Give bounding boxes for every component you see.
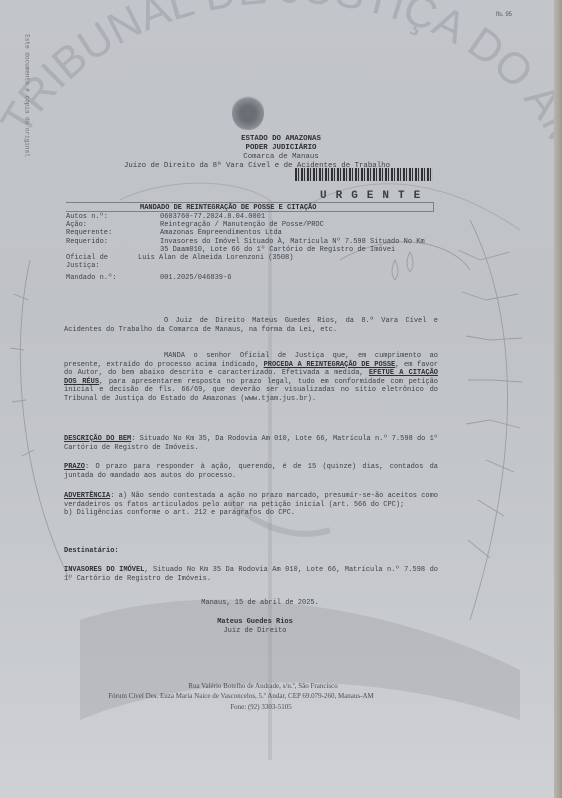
footer-forum: Fórum Cível Des. Euza Maria Naice de Vas… [0, 691, 522, 701]
meta-label: Autos n.º: [66, 213, 160, 221]
meta-label: Requerido: [66, 238, 160, 254]
meta-label: Oficial de Justiça: [66, 254, 138, 270]
warning-label: ADVERTÊNCIA [64, 492, 110, 500]
case-metadata: Autos n.º:0603760-77.2024.8.04.0001 Ação… [66, 213, 436, 283]
signature-role: Juiz de Direito [140, 627, 370, 636]
meta-row: Mandado n.º:001.2025/046839-6 [66, 274, 436, 282]
meta-label: Requerente: [66, 229, 160, 237]
meta-row: Requerido:Invasores do Imóvel Situado À,… [66, 238, 436, 254]
meta-value: Amazonas Empreendimentos Ltda [160, 229, 436, 237]
order-reintegration: PROCEDA A REINTEGRAÇÃO DE POSSE [264, 361, 396, 369]
document-title: MANDADO DE REINTEGRAÇÃO DE POSSE E CITAÇ… [66, 202, 434, 212]
header-court: Juízo de Direito da 8ª Vara Cível e de A… [0, 161, 538, 171]
meta-value: 001.2025/046839-6 [160, 274, 436, 282]
document-page: TRIBUNAL DE JUSTIÇA DO AMAZONAS Este doc… [0, 0, 562, 798]
recipient-label: Destinatário: [64, 547, 438, 556]
deadline-label: PRAZO [64, 463, 85, 471]
intro-paragraph: O Juiz de Direito Mateus Guedes Rios, da… [64, 317, 438, 334]
meta-row: Oficial de Justiça:Luis Alan de Almeida … [66, 254, 436, 270]
meta-row: Autos n.º:0603760-77.2024.8.04.0001 [66, 213, 436, 221]
meta-row: Requerente:Amazonas Empreendimentos Ltda [66, 229, 436, 237]
footer-address: Rua Valério Botelho de Andrade, s/n.º, S… [0, 681, 544, 691]
folio-number: fls. 95 [496, 12, 512, 18]
order-paragraph: MANDA o senhor Oficial de Justiça que, e… [64, 352, 438, 404]
footer-phone: Fone: (92) 3303-5105 [0, 702, 542, 712]
urgent-label: URGENTE [320, 190, 429, 202]
deadline-text: : O prazo para responder à ação, querend… [64, 463, 438, 480]
order-text: , para apresentarem resposta no prazo le… [64, 378, 438, 403]
meta-value: Invasores do Imóvel Situado À, Matrícula… [160, 238, 436, 254]
warning-text-b: b) Diligências conforme o art. 212 e par… [64, 509, 295, 517]
warning-text-a: : a) Não sendo contestada a ação no praz… [64, 492, 438, 509]
recipient-paragraph: INVASORES DO IMÓVEL, Situado No Km 35 Da… [64, 566, 438, 583]
place-date: Manaus, 15 de abril de 2025. [140, 599, 380, 608]
meta-label: Ação: [66, 221, 160, 229]
barcode [295, 168, 433, 181]
warning-paragraph: ADVERTÊNCIA: a) Não sendo contestada a a… [64, 492, 438, 518]
description-paragraph: DESCRIÇÃO DO BEM: Situado No Km 35, Da R… [64, 435, 438, 452]
meta-value: 0603760-77.2024.8.04.0001 [160, 213, 436, 221]
meta-value: Reintegração / Manutenção de Posse/PROC [160, 221, 436, 229]
recipient-name: INVASORES DO IMÓVEL [64, 566, 144, 574]
deadline-paragraph: PRAZO: O prazo para responder à ação, qu… [64, 463, 438, 480]
meta-row: Ação:Reintegração / Manutenção de Posse/… [66, 221, 436, 229]
description-label: DESCRIÇÃO DO BEM [64, 435, 131, 443]
meta-label: Mandado n.º: [66, 274, 160, 282]
signature-name: Mateus Guedes Rios [140, 618, 370, 627]
meta-value: Luis Alan de Almeida Lorenzoni (3508) [138, 254, 436, 270]
page-edge [554, 0, 562, 798]
coat-of-arms-icon [232, 94, 264, 130]
